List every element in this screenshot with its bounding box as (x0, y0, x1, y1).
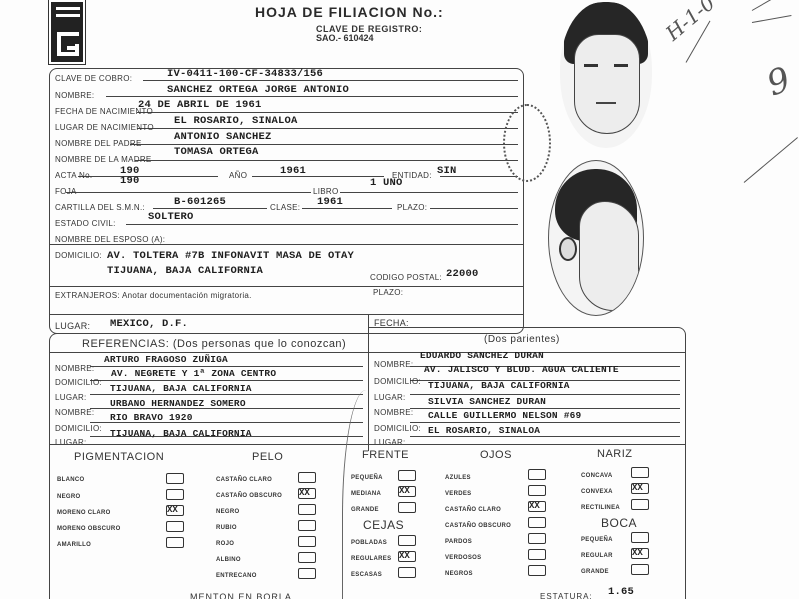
lugar-nacimiento-label: LUGAR DE NACIMIENTO (55, 123, 154, 132)
frente-grande-checkbox[interactable] (398, 502, 416, 513)
nombre-value: SANCHEZ ORTEGA JORGE ANTONIO (167, 84, 349, 96)
frente-pequena-checkbox[interactable] (398, 470, 416, 481)
handwritten-annotation-1: H-1-0 (661, 0, 720, 45)
anio-value: 1961 (280, 165, 306, 177)
par1-lugar-value: TIJUANA, BAJA CALIFORNIA (428, 380, 570, 391)
boca-grande-label: GRANDE (581, 569, 609, 575)
handwritten-annotation-2: 9 (762, 60, 796, 105)
ref1-nombre-label: NOMBRE: (55, 364, 94, 373)
domicilio-label: DOMICILIO: (55, 251, 102, 260)
pelo-negro-label: NEGRO (216, 509, 240, 515)
ojos-verdes-checkbox[interactable] (528, 485, 546, 496)
esposo-label: NOMBRE DEL ESPOSO (A): (55, 235, 165, 244)
pelo-castano-obscuro-label: CASTAÑO OBSCURO (216, 493, 282, 499)
plazo-label: PLAZO: (397, 203, 427, 212)
pelo-negro-checkbox[interactable] (298, 504, 316, 515)
ojos-pardos-checkbox[interactable] (528, 533, 546, 544)
lugar-nacimiento-value: EL ROSARIO, SINALOA (174, 115, 298, 127)
ojos-castano-claro-checkbox[interactable]: XX (528, 501, 546, 512)
clave-cobro-value: IV-0411-100-CF-34833/156 (167, 68, 323, 80)
pigmentacion-blanco-checkbox[interactable] (166, 473, 184, 484)
pelo-entrecano-label: ENTRECANO (216, 573, 257, 579)
nariz-rectilinea-label: RECTILINEA (581, 505, 620, 511)
ref2-lugar-value: TIJUANA, BAJA CALIFORNIA (110, 428, 252, 439)
ojos-azules-checkbox[interactable] (528, 469, 546, 480)
menton-label: MENTON EN BORLA (190, 592, 292, 599)
front-photo (560, 2, 652, 148)
cejas-escasas-checkbox[interactable] (398, 567, 416, 578)
boca-pequena-label: PEQUEÑA (581, 537, 613, 543)
entidad-value: SIN (437, 165, 457, 177)
domicilio-line1: AV. TOLTERA #7B INFONAVIT MASA DE OTAY (107, 250, 354, 262)
cejas-regulares-checkbox[interactable]: XX (398, 551, 416, 562)
ref2-nombre-label: NOMBRE: (55, 408, 94, 417)
estatura-label: ESTATURA: (540, 592, 593, 599)
clase-label: CLASE: (270, 203, 300, 212)
ojos-verdosos-label: VERDOSOS (445, 555, 481, 561)
boca-regular-label: REGULAR (581, 553, 613, 559)
libro-value: 1 UNO (370, 177, 403, 189)
pigmentacion-title: PIGMENTACION (74, 451, 164, 463)
frente-mediana-checkbox[interactable]: XX (398, 486, 416, 497)
pigmentacion-moreno-claro-label: MORENO CLARO (57, 510, 111, 516)
pelo-castano-obscuro-checkbox[interactable]: XX (298, 488, 316, 499)
nariz-title: NARIZ (597, 448, 633, 460)
ref2-domicilio-label: DOMICILIO: (55, 424, 102, 433)
pelo-castano-claro-label: CASTAÑO CLARO (216, 477, 272, 483)
par2-domicilio-value: CALLE GUILLERMO NELSON #69 (428, 410, 581, 421)
par1-nombre-value: EDUARDO SANCHEZ DURAN (420, 350, 544, 361)
estado-civil-value: SOLTERO (148, 211, 194, 223)
ojos-negros-label: NEGROS (445, 571, 473, 577)
official-seal (503, 104, 551, 182)
codigo-postal-label: CODIGO POSTAL: (370, 273, 442, 282)
boca-grande-checkbox[interactable] (631, 564, 649, 575)
ref1-domicilio-value: AV. NEGRETE Y 1ª ZONA CENTRO (111, 368, 276, 379)
ojos-negros-checkbox[interactable] (528, 565, 546, 576)
ref1-domicilio-label: DOMICILIO: (55, 378, 102, 387)
nariz-concava-checkbox[interactable] (631, 467, 649, 478)
domicilio-line2: TIJUANA, BAJA CALIFORNIA (107, 265, 263, 277)
nariz-concava-label: CONCAVA (581, 473, 613, 479)
ref1-nombre-value: ARTURO FRAGOSO ZUÑIGA (104, 354, 228, 365)
pelo-entrecano-checkbox[interactable] (298, 568, 316, 579)
pelo-title: PELO (252, 451, 283, 463)
pelo-rojo-label: ROJO (216, 541, 234, 547)
ref2-nombre-value: URBANO HERNANDEZ SOMERO (110, 398, 246, 409)
form-title: HOJA DE FILIACION No.: (255, 4, 444, 20)
padre-label: NOMBRE DEL PADRE (55, 139, 142, 148)
ref1-lugar-label: LUGAR: (55, 393, 87, 402)
pelo-rojo-checkbox[interactable] (298, 536, 316, 547)
pigmentacion-negro-checkbox[interactable] (166, 489, 184, 500)
pigmentacion-amarillo-checkbox[interactable] (166, 537, 184, 548)
ref2-domicilio-value: RIO BRAVO 1920 (110, 412, 193, 423)
pelo-rubio-checkbox[interactable] (298, 520, 316, 531)
pelo-albino-label: ALBINO (216, 557, 241, 563)
padre-value: ANTONIO SANCHEZ (174, 131, 272, 143)
clave-cobro-label: CLAVE DE COBRO: (55, 74, 132, 83)
extranjeros-label: EXTRANJEROS: Anotar documentación migrat… (55, 291, 252, 300)
pigmentacion-amarillo-label: AMARILLO (57, 542, 91, 548)
pelo-rubio-label: RUBIO (216, 525, 237, 531)
cejas-pobladas-checkbox[interactable] (398, 535, 416, 546)
clase-value: 1961 (317, 196, 343, 208)
lugar-label: LUGAR: (55, 321, 90, 331)
madre-label: NOMBRE DE LA MADRE (55, 155, 152, 164)
ojos-azules-label: AZULES (445, 475, 471, 481)
par1-domicilio-label: DOMICILIO: (374, 377, 421, 386)
par2-lugar-value: EL ROSARIO, SINALOA (428, 425, 540, 436)
nariz-convexa-label: CONVEXA (581, 489, 613, 495)
pelo-castano-claro-checkbox[interactable] (298, 472, 316, 483)
boca-pequena-checkbox[interactable] (631, 532, 649, 543)
ojos-castano-claro-label: CASTAÑO CLARO (445, 507, 501, 513)
estado-civil-label: ESTADO CIVIL: (55, 219, 116, 228)
ojos-castano-obscuro-label: CASTAÑO OBSCURO (445, 523, 511, 529)
fecha-nacimiento-value: 24 DE ABRIL DE 1961 (138, 99, 262, 111)
ojos-castano-obscuro-checkbox[interactable] (528, 517, 546, 528)
ojos-verdes-label: VERDES (445, 491, 471, 497)
ref1-lugar-value: TIJUANA, BAJA CALIFORNIA (110, 383, 252, 394)
acta-label: ACTA No. (55, 171, 92, 180)
parientes-title: (Dos parientes) (484, 334, 560, 345)
pelo-albino-checkbox[interactable] (298, 552, 316, 563)
pigmentacion-blanco-label: BLANCO (57, 477, 84, 483)
nariz-convexa-checkbox[interactable]: XX (631, 483, 649, 494)
libro-label: LIBRO (313, 187, 339, 196)
foja-label: FOJA (55, 187, 77, 196)
par1-nombre-label: NOMBRE: (374, 360, 413, 369)
nariz-rectilinea-checkbox[interactable] (631, 499, 649, 510)
pigmentacion-moreno-obscuro-checkbox[interactable] (166, 521, 184, 532)
codigo-postal-value: 22000 (446, 268, 479, 280)
pigmentacion-moreno-claro-checkbox[interactable]: XX (166, 505, 184, 516)
pigmentacion-negro-label: NEGRO (57, 494, 81, 500)
cartilla-label: CARTILLA DEL S.M.N.: (55, 203, 145, 212)
par1-domicilio-value: AV. JALISCO Y BLUD. AGUA CALIENTE (424, 364, 619, 375)
referencias-title: REFERENCIAS: (Dos personas que lo conozc… (82, 338, 346, 350)
estatura-value: 1.65 (608, 586, 634, 598)
boca-title: BOCA (601, 516, 637, 530)
profile-photo (548, 160, 644, 316)
ojos-pardos-label: PARDOS (445, 539, 472, 545)
ojos-title: OJOS (480, 449, 512, 461)
nombre-label: NOMBRE: (55, 91, 94, 100)
boca-regular-checkbox[interactable]: XX (631, 548, 649, 559)
anio-label: AÑO (229, 171, 247, 180)
foja-value: 190 (120, 175, 140, 187)
ojos-verdosos-checkbox[interactable] (528, 549, 546, 560)
cartilla-value: B-601265 (174, 196, 226, 208)
plazo-extranjeros-label: PLAZO: (373, 288, 403, 297)
clave-registro-value: SAO.- 610424 (316, 33, 374, 43)
par2-nombre-value: SILVIA SANCHEZ DURAN (428, 396, 546, 407)
pigmentacion-moreno-obscuro-label: MORENO OBSCURO (57, 526, 121, 532)
lugar-value: MEXICO, D.F. (110, 318, 188, 330)
madre-value: TOMASA ORTEGA (174, 146, 259, 158)
institution-logo (51, 2, 83, 62)
